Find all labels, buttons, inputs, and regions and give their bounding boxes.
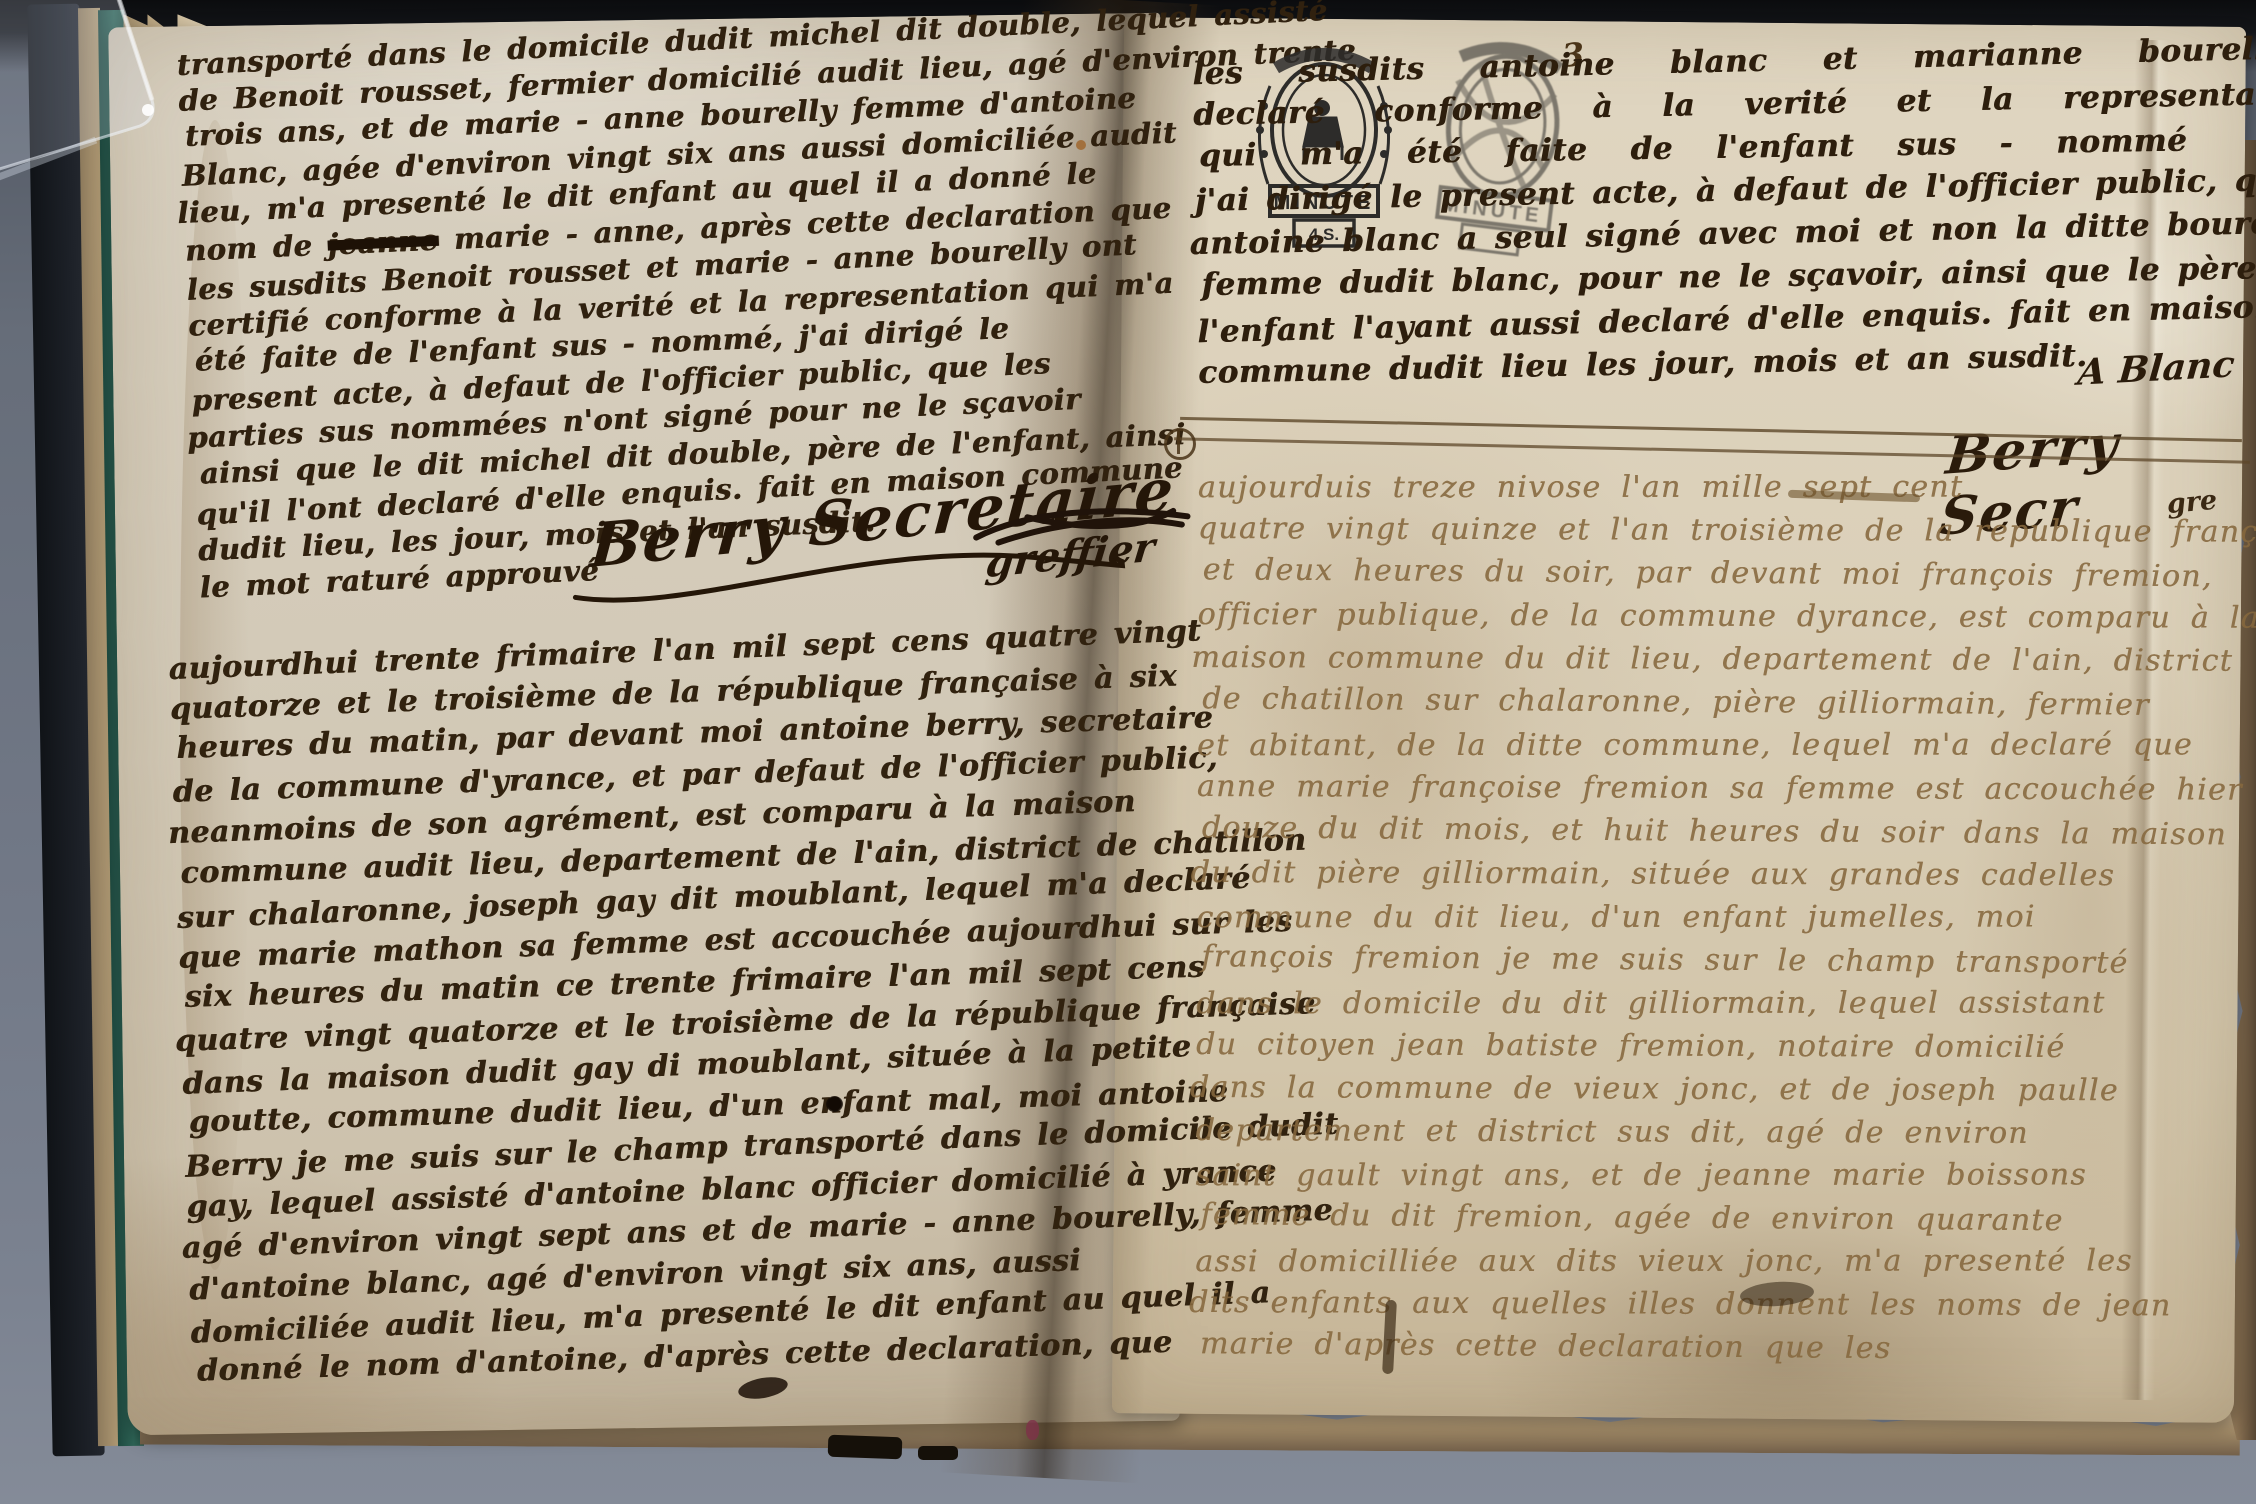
witness-signature: A Blanc xyxy=(2076,343,2236,394)
manuscript-line: femme du dit fremion, agée de environ qu… xyxy=(1200,1197,2244,1247)
manuscript-line: quatre vingt quinze et l'an troisième de… xyxy=(1198,511,2242,558)
right-page-act2-text: aujourduis treze nivose l'an mille sept … xyxy=(1195,468,2242,1375)
manuscript-line: de chatillon sur chalaronne, pière gilli… xyxy=(1202,681,2246,731)
manuscript-line: douze du dit mois, et huit heures du soi… xyxy=(1202,810,2246,860)
torn-edge-gap xyxy=(828,1435,903,1460)
manuscript-line: françois fremion je me suis sur le champ… xyxy=(1201,939,2245,989)
left-page-act2-text: aujourdhui trente frimaire l'an mil sept… xyxy=(168,617,1192,1397)
manuscript-line: saint gault vingt ans, et de jeanne mari… xyxy=(1196,1157,2240,1201)
manuscript-line: marie d'après cette declaration que les xyxy=(1200,1326,2244,1376)
manuscript-line: officier publique, de la commune dyrance… xyxy=(1197,597,2241,644)
manuscript-line: departement et district sus dit, agé de … xyxy=(1196,1113,2240,1160)
red-binding-mark xyxy=(1026,1420,1039,1440)
margin-cross-mark xyxy=(1164,428,1196,460)
torn-edge-gap xyxy=(918,1446,958,1460)
manuscript-line: dans la commune de vieux jonc, et de jos… xyxy=(1190,1070,2234,1117)
acrylic-clip xyxy=(0,0,420,280)
manuscript-line: et abitant, de la ditte commune, lequel … xyxy=(1197,727,2241,771)
rust-spot xyxy=(1076,140,1086,150)
manuscript-line: maison commune du dit lieu, departement … xyxy=(1191,640,2235,687)
manuscript-line: dans le domicile du dit gilliormain, leq… xyxy=(1196,985,2240,1029)
ink-blot xyxy=(826,1096,843,1112)
manuscript-line: du citoyen jean batiste fremion, notaire… xyxy=(1196,1027,2240,1074)
manuscript-line: anne marie françoise fremion sa femme es… xyxy=(1197,769,2241,816)
manuscript-line: aujourduis treze nivose l'an mille sept … xyxy=(1198,469,2242,513)
manuscript-line: dits enfants aux quelles illes donnent l… xyxy=(1189,1285,2233,1332)
manuscript-line: et deux heures du soir, par devant moi f… xyxy=(1202,552,2246,602)
right-page-act1-text: les susdits antoine blanc et marianne bo… xyxy=(1192,34,2246,398)
manuscript-line: commune du dit lieu, d'un enfant jumelle… xyxy=(1196,899,2240,943)
manuscript-line: assi domicilliée aux dits vieux jonc, m'… xyxy=(1195,1243,2239,1287)
photo-of-open-register: transporté dans le domicile dudit michel… xyxy=(0,0,2256,1504)
manuscript-line: du dit pière gilliormain, située aux gra… xyxy=(1190,855,2234,902)
